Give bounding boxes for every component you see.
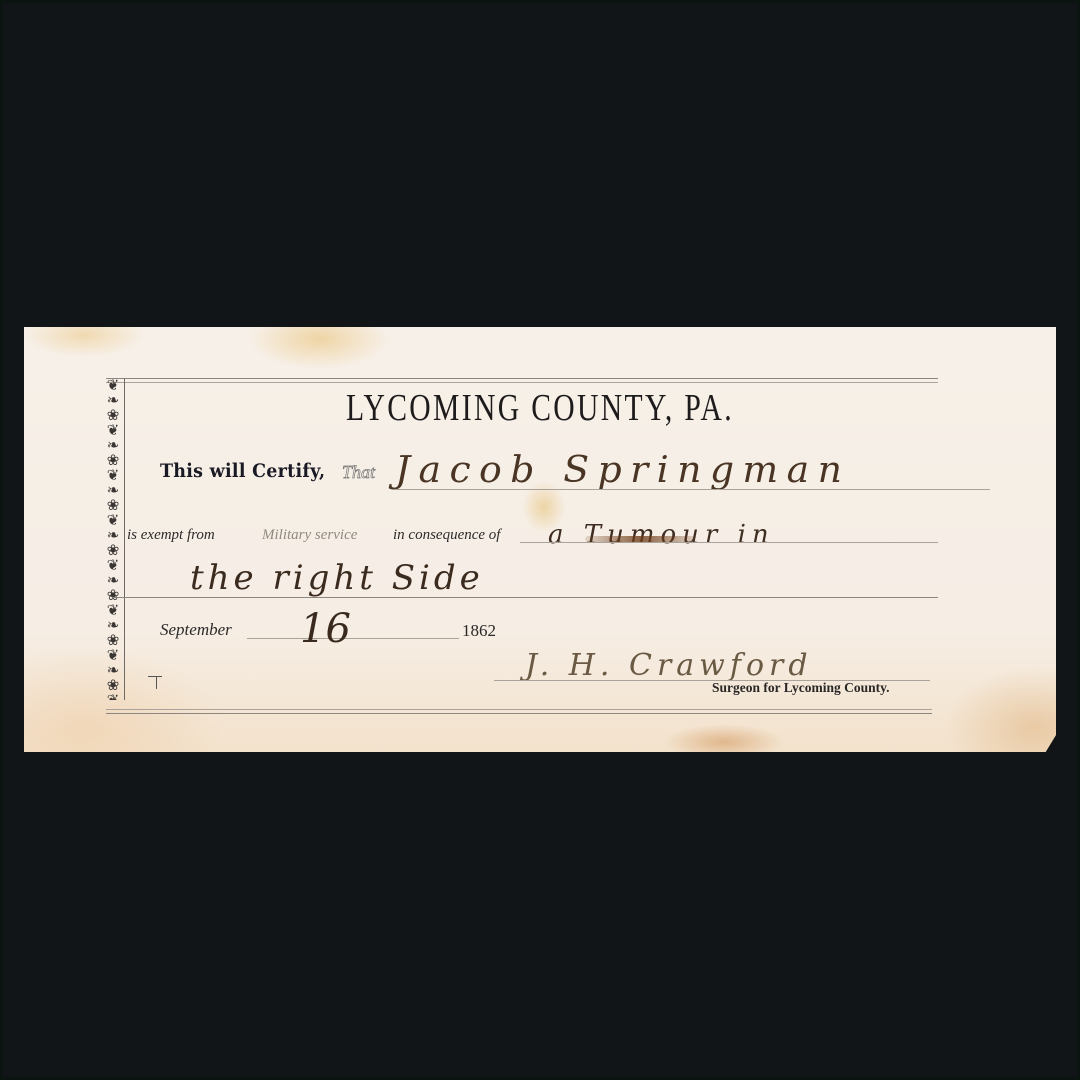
consequence-phrase: in consequence of — [393, 527, 500, 544]
date-month: September — [160, 620, 232, 640]
cause-line-1-rule — [520, 542, 938, 543]
certify-phrase: This will Certify, — [160, 460, 325, 482]
date-line — [247, 638, 459, 639]
signer-title: Surgeon for Lycoming County. — [712, 680, 890, 696]
handwritten-name: Jacob Springman — [395, 450, 850, 491]
bottom-rule-inner — [106, 709, 932, 710]
certificate-title: LYCOMING COUNTY, PA. — [119, 386, 961, 430]
exempt-prefix: is exempt from — [127, 527, 215, 544]
date-year: 1862 — [462, 621, 496, 641]
bottom-rule — [106, 713, 932, 714]
top-rule-inner — [106, 382, 938, 383]
top-rule — [106, 378, 938, 379]
that-word: That — [342, 462, 375, 483]
service-word: Military service — [262, 527, 357, 544]
name-line — [395, 489, 990, 490]
handwritten-signature: J. H. Crawford — [525, 648, 813, 683]
pencil-mark — [148, 676, 162, 691]
handwritten-cause-line-1: a Tumour in — [548, 520, 775, 550]
handwritten-day: 16 — [300, 606, 351, 652]
cause-line-2-rule — [112, 597, 938, 598]
ornament-glyph: ❦ — [100, 693, 124, 700]
handwritten-cause-line-2: the right Side — [190, 558, 484, 598]
